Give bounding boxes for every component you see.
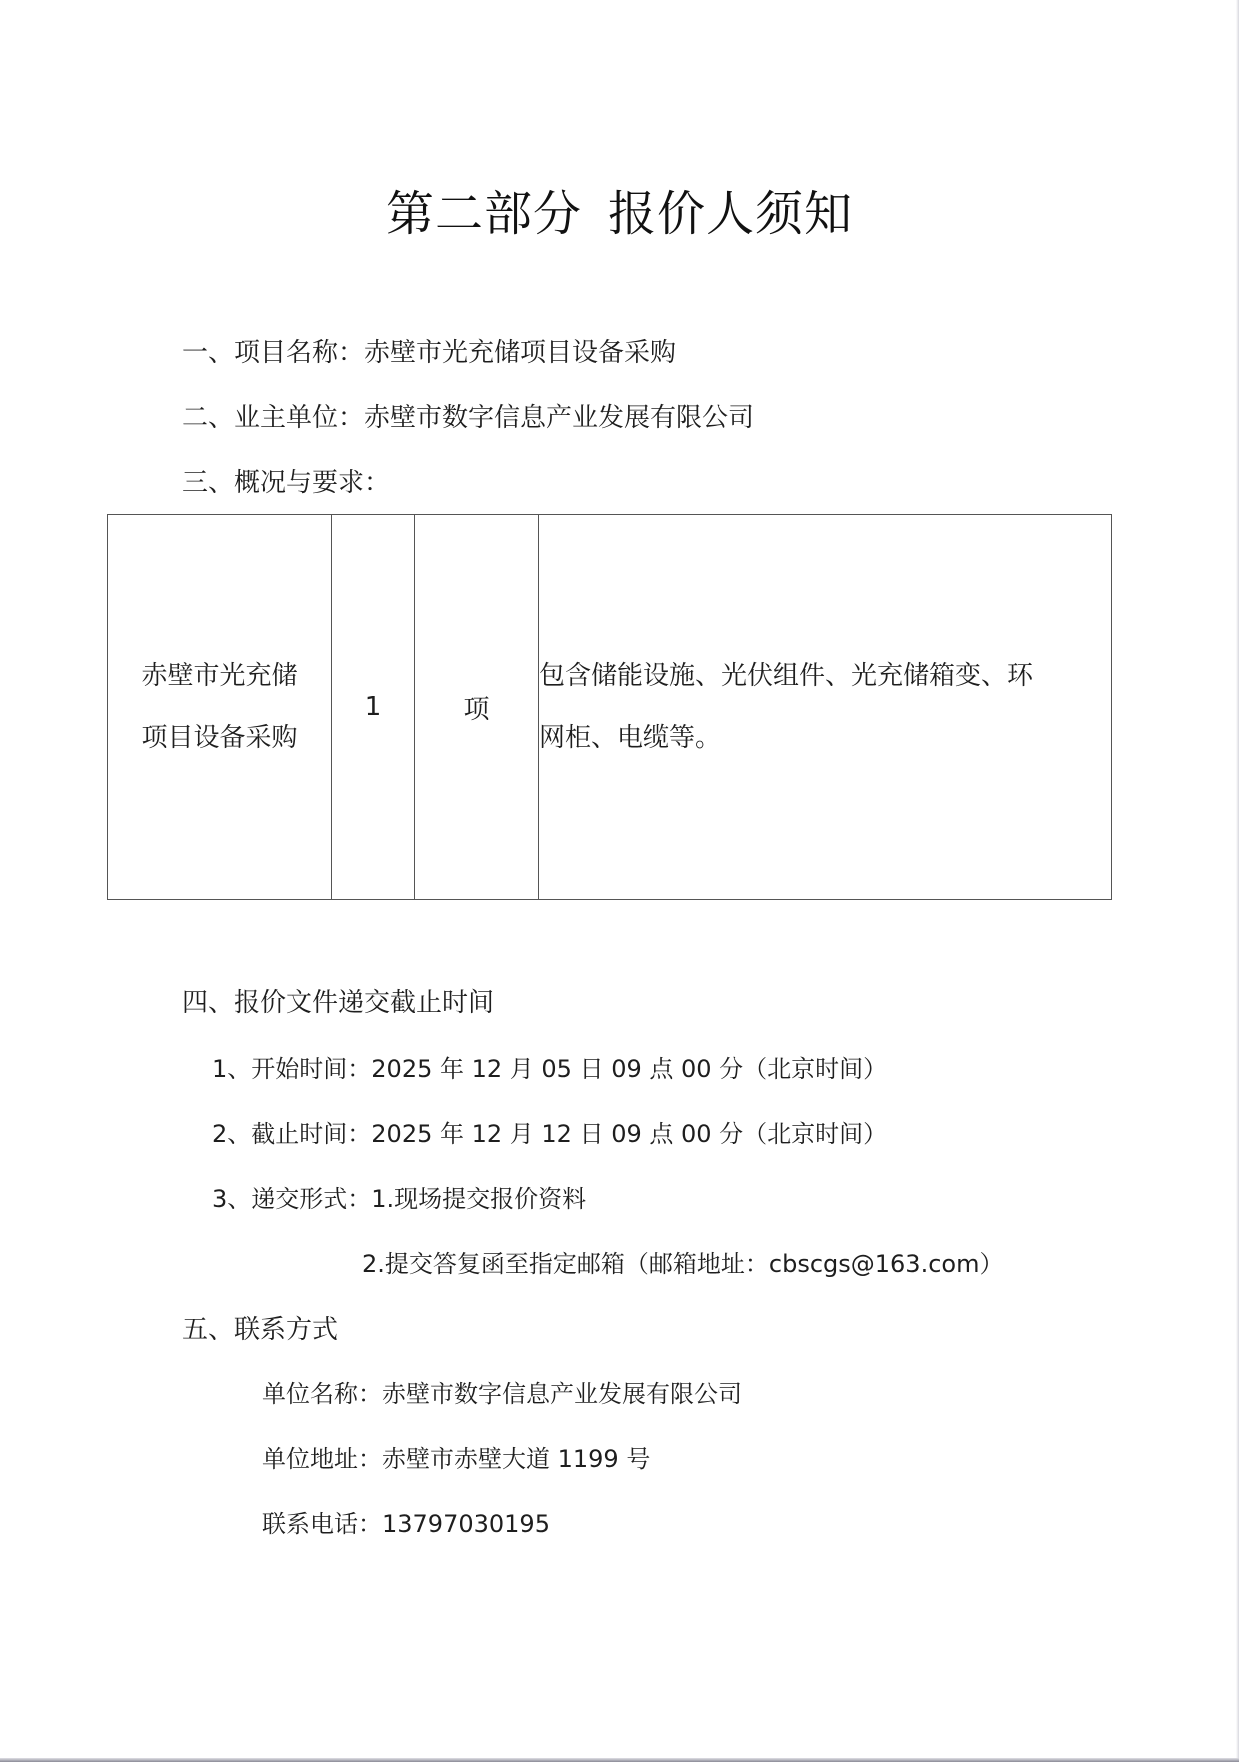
cell-unit: 项 [415, 515, 539, 900]
item-value: 2025 年 12 月 12 日 09 点 00 分（北京时间） [371, 1120, 887, 1148]
contact-address: 单位地址：赤壁市赤壁大道 1199 号 [262, 1439, 650, 1474]
table-row: 赤壁市光充储 项目设备采购 1 项 包含储能设施、光伏组件、光充储箱变、环 网柜… [108, 515, 1112, 900]
item-name-line: 赤壁市光充储 [108, 645, 331, 707]
item-value: 13797030195 [382, 1510, 550, 1538]
section-overview: 三、概况与要求： [182, 462, 390, 499]
contact-phone: 联系电话：13797030195 [262, 1504, 550, 1539]
item-name-line: 项目设备采购 [108, 707, 331, 769]
item-label: 单位名称： [262, 1380, 382, 1408]
item-value: 2025 年 12 月 05 日 09 点 00 分（北京时间） [371, 1055, 887, 1083]
cell-description: 包含储能设施、光伏组件、光充储箱变、环 网柜、电缆等。 [539, 515, 1112, 900]
section-contact-heading: 五、联系方式 [182, 1309, 338, 1346]
description-line: 包含储能设施、光伏组件、光充储箱变、环 [539, 645, 1111, 707]
item-label: 2、截止时间： [212, 1120, 371, 1148]
section-deadline-heading: 四、报价文件递交截止时间 [182, 982, 494, 1019]
cell-item-name: 赤壁市光充储 项目设备采购 [108, 515, 332, 900]
section-label: 三、概况与要求： [182, 468, 390, 498]
item-value: 赤壁市数字信息产业发展有限公司 [382, 1380, 742, 1408]
requirements-table: 赤壁市光充储 项目设备采购 1 项 包含储能设施、光伏组件、光充储箱变、环 网柜… [107, 514, 1112, 900]
cell-quantity: 1 [332, 515, 415, 900]
description-line: 网柜、电缆等。 [539, 707, 1111, 769]
section-owner: 二、业主单位：赤壁市数字信息产业发展有限公司 [182, 397, 754, 434]
section-project-name: 一、项目名称：赤壁市光充储项目设备采购 [182, 332, 676, 369]
page-title: 第二部分报价人须知 [0, 175, 1239, 244]
section-value: 赤壁市光充储项目设备采购 [364, 338, 676, 368]
section-label: 二、业主单位： [182, 403, 364, 433]
item-label: 3、递交形式： [212, 1185, 371, 1213]
deadline-item-end: 2、截止时间：2025 年 12 月 12 日 09 点 00 分（北京时间） [212, 1114, 887, 1149]
item-label: 1、开始时间： [212, 1055, 371, 1083]
section-value: 赤壁市数字信息产业发展有限公司 [364, 403, 754, 433]
deadline-item-start: 1、开始时间：2025 年 12 月 05 日 09 点 00 分（北京时间） [212, 1049, 887, 1084]
title-part: 第二部分 [386, 186, 582, 242]
contact-company: 单位名称：赤壁市数字信息产业发展有限公司 [262, 1374, 742, 1409]
title-main: 报价人须知 [608, 186, 853, 242]
item-label: 单位地址： [262, 1445, 382, 1473]
item-value: 赤壁市赤壁大道 1199 号 [382, 1445, 650, 1473]
deadline-item-form: 3、递交形式：1.现场提交报价资料 [212, 1179, 586, 1214]
item-label: 联系电话： [262, 1510, 382, 1538]
item-value: 1.现场提交报价资料 [371, 1185, 586, 1213]
section-label: 一、项目名称： [182, 338, 364, 368]
submission-email: 2.提交答复函至指定邮箱（邮箱地址：cbscgs@163.com） [362, 1244, 1003, 1279]
page-edge-bottom [0, 1758, 1239, 1762]
